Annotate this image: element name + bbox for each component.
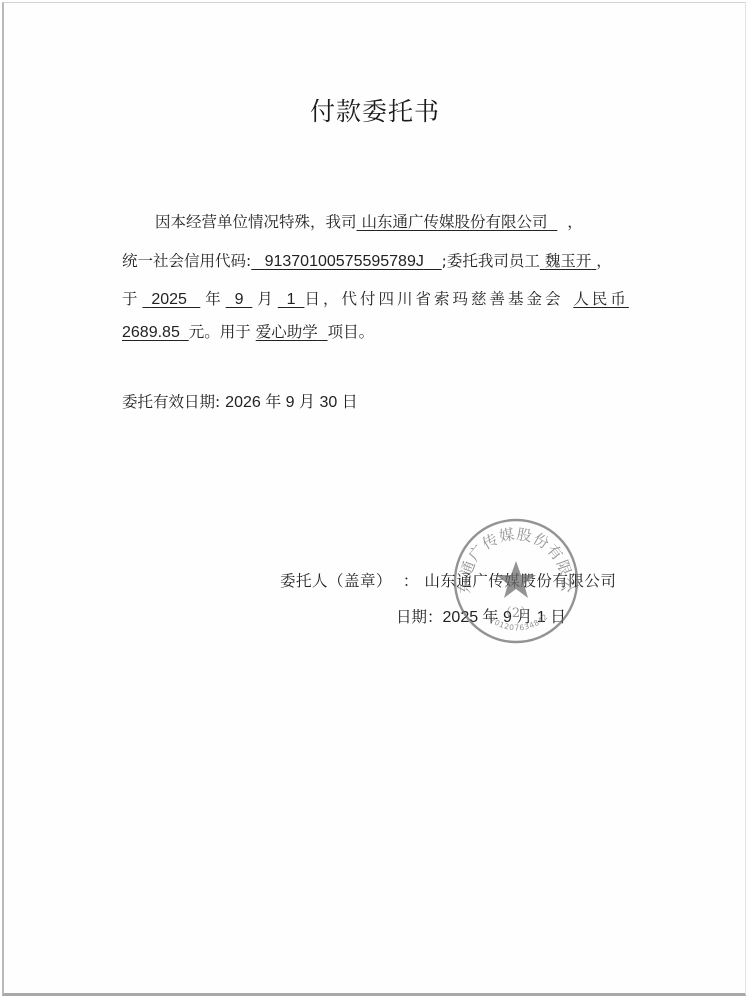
employee-name-field: 魏玉开 — [540, 252, 596, 270]
validity-date: 2026 年 9 月 30 日 — [225, 394, 358, 411]
employee-name-text: 魏玉开 — [545, 252, 592, 270]
line1-prefix: 因本经营单位情况特殊，我司 — [155, 213, 357, 231]
project-field: 爱心助学 — [256, 323, 328, 341]
year-field: 2025 — [142, 291, 200, 308]
amount-text: 2689.85 — [122, 324, 180, 341]
line3-prefix: 于 — [122, 290, 138, 308]
month-field: 9 — [226, 291, 253, 308]
paragraph-line-4: 2689.85 元。用于 爱心助学 项目。 — [122, 320, 374, 342]
day-field: 1 — [278, 291, 305, 308]
paragraph-line-3: 于 2025 年 9 月 1 日，代付四川省索玛慈善基金会 人民币 — [122, 287, 629, 309]
credit-code-label: 统一社会信用代码: — [122, 252, 251, 270]
document-title: 付款委托书 — [0, 92, 750, 128]
credit-code-field: 91370100575595789J — [251, 253, 441, 270]
project-text: 爱心助学 — [256, 323, 318, 341]
signature-separator: ： — [403, 572, 419, 590]
day-label-and-payee: 日，代付四川省索玛慈善基金会 — [304, 290, 563, 308]
line1-suffix: ， — [567, 213, 583, 231]
paragraph-line-1: 因本经营单位情况特殊，我司 山东通广传媒股份有限公司 ， — [155, 210, 583, 232]
currency-field: 人民币 — [573, 290, 629, 308]
amount-field: 2689.85 — [122, 324, 189, 341]
year-label: 年 — [205, 290, 221, 308]
signature-company: 山东通广传媒股份有限公司 — [424, 572, 616, 590]
validity-label: 委托有效日期: — [122, 393, 220, 411]
validity-line: 委托有效日期: 2026 年 9 月 30 日 — [122, 389, 358, 412]
year-text: 2025 — [151, 291, 187, 308]
line2-suffix: ， — [596, 252, 612, 270]
line2-mid: ;委托我司员工 — [442, 252, 540, 270]
month-label: 月 — [257, 290, 273, 308]
signature-date-line: 日期：2025 年 9 月 1 日 — [396, 604, 566, 627]
signature-date-value: 2025 年 9 月 1 日 — [443, 609, 567, 626]
paragraph-line-2: 统一社会信用代码: 91370100575595789J ;委托我司员工 魏玉开… — [122, 249, 612, 271]
signature-label: 委托人（盖章） — [280, 572, 392, 590]
signature-line: 委托人（盖章） ： 山东通广传媒股份有限公司 — [280, 569, 616, 591]
month-text: 9 — [235, 291, 244, 308]
day-text: 1 — [287, 291, 296, 308]
company-name-field: 山东通广传媒股份有限公司 — [357, 213, 558, 231]
document-page — [2, 2, 746, 996]
signature-date-label: 日期： — [396, 608, 443, 626]
line4-suffix: 项目。 — [328, 323, 375, 341]
line4-mid: 元。用于 — [189, 323, 251, 341]
credit-code-text: 91370100575595789J — [265, 253, 424, 270]
company-name-text: 山东通广传媒股份有限公司 — [361, 213, 547, 231]
